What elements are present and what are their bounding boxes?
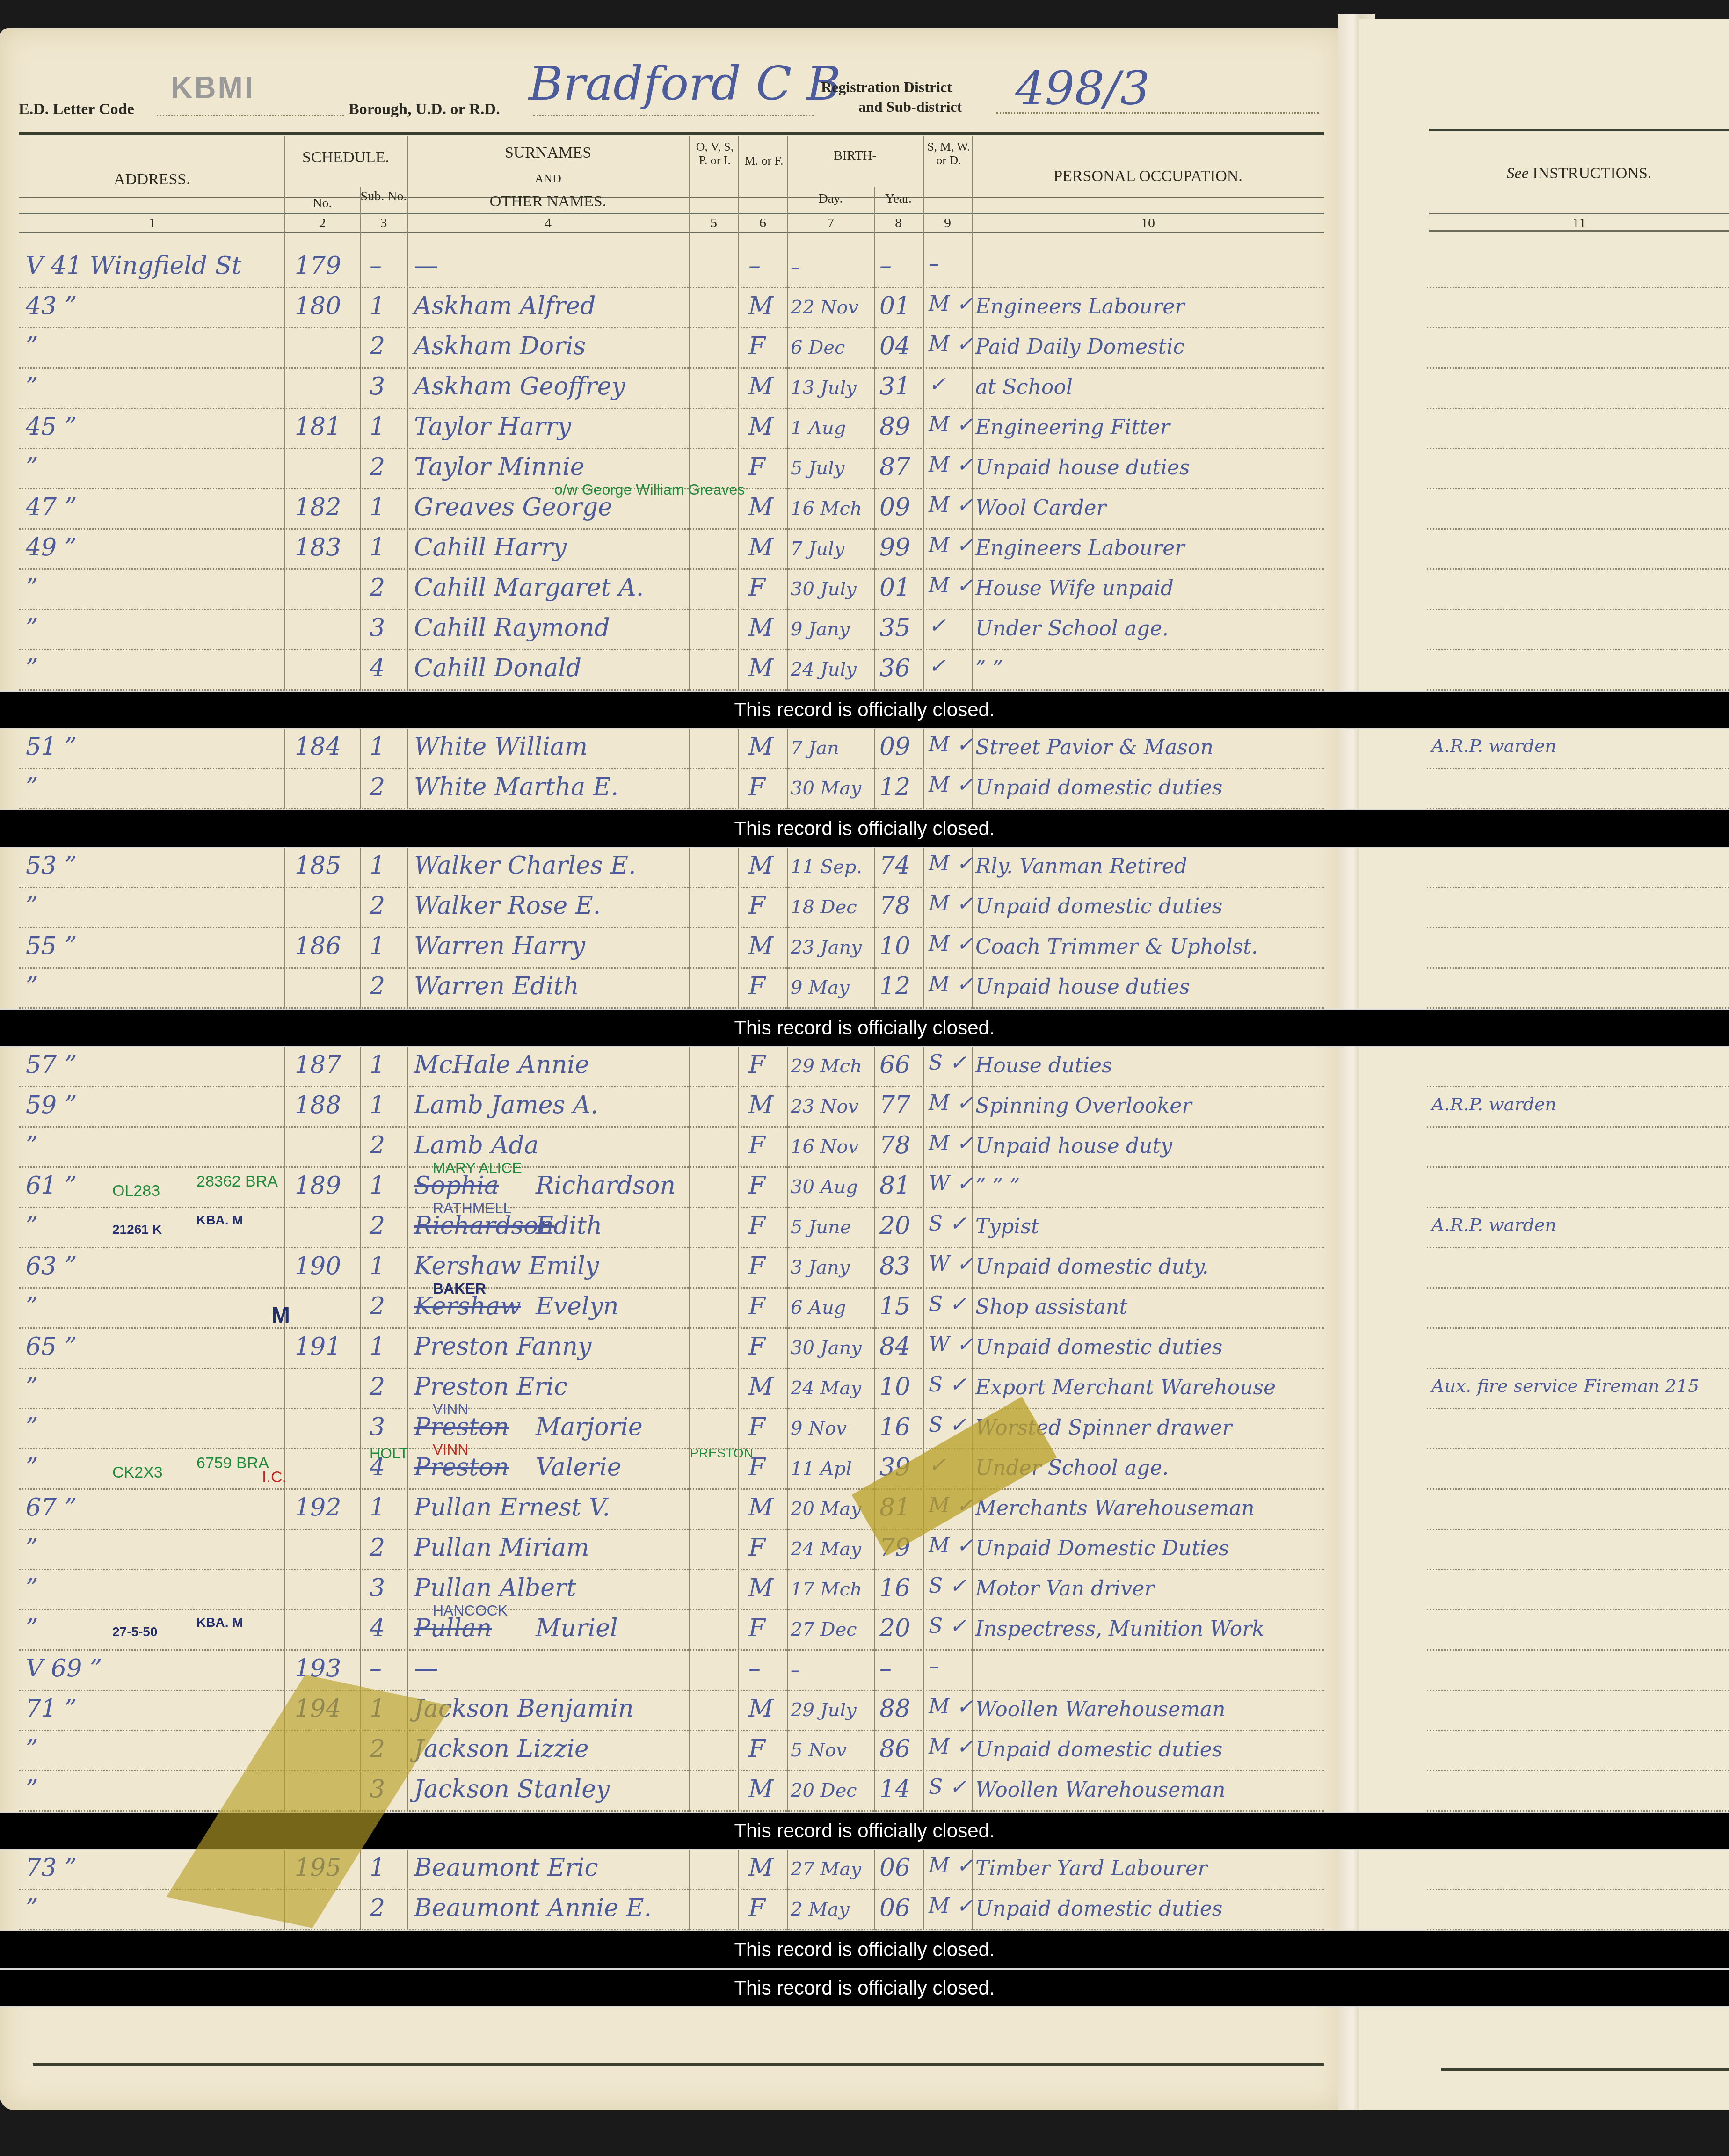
cell-cond: M ✓ [929,413,973,437]
cell-sex: M [748,1091,773,1119]
cell-address: ” [26,1894,38,1922]
table-row: ”2Jackson LizzieF5 Nov86M ✓Unpaid domest… [19,1731,1324,1771]
table-row: ”2Pullan MiriamF24 May79M ✓Unpaid Domest… [19,1530,1324,1570]
remarks-row [1427,248,1729,288]
cell-day: 7 July [791,538,844,560]
remarks-row [1427,1530,1729,1570]
cell-day: 11 Sep. [791,856,862,878]
remarks-row [1427,489,1729,530]
ed-letter-code-line [157,115,344,116]
cell-address: 47 ” [26,493,77,521]
cell-occupation: Unpaid domestic duty. [975,1255,1209,1279]
cell-sched: 187 [295,1051,341,1079]
cell-cond: W ✓ [929,1172,973,1195]
cell-occupation: Paid Daily Domestic [975,335,1184,359]
cell-day: 13 July [791,377,857,399]
cell-cond: M ✓ [929,852,973,875]
cell-occupation: ” ” [975,657,1003,681]
cell-cond: M ✓ [929,1131,973,1155]
cell-name: Preston Fanny [414,1333,591,1361]
cell-sex: F [748,1735,765,1763]
cell-sub: 3 [370,1574,385,1602]
registration-line [996,112,1319,114]
cell-sub: 2 [370,1894,385,1922]
cell-year: 83 [879,1252,910,1280]
cell-year: 77 [879,1091,910,1119]
remarks-row: A.R.P. warden [1427,1208,1729,1248]
cell-sub: 1 [370,1493,385,1522]
remarks-row [1427,1731,1729,1771]
cell-sub: 2 [370,773,385,801]
cell-year: 06 [879,1854,910,1882]
cell-day: 6 Aug [791,1297,846,1318]
remarks-row [1427,888,1729,928]
cell-cond: M ✓ [929,932,973,956]
col-number: 11 [1429,215,1729,231]
cell-sub: 2 [370,453,385,481]
cell-sub: 1 [370,533,385,561]
address-annotation: KBA. M [196,1213,243,1228]
cell-name: Pullan Miriam [414,1534,589,1562]
cell-cond: M ✓ [929,1735,973,1759]
cell-sex: M [748,292,773,320]
cell-remarks: A.R.P. warden [1431,736,1556,756]
remarks-row [1427,848,1729,888]
cell-sex: M [748,1373,773,1401]
cell-name: Walker Charles E. [414,852,636,880]
cell-remarks: A.R.P. warden [1431,1094,1556,1114]
cell-sex: M [748,1854,773,1882]
cell-year: 87 [879,453,910,481]
cell-cond: S ✓ [929,1614,966,1638]
cell-sub: 3 [370,1413,385,1441]
cell-address: 49 ” [26,533,77,561]
cell-sub: 1 [370,733,385,761]
cell-address: ” [26,972,38,1000]
cell-occupation: Engineers Labourer [975,536,1184,560]
table-row: 65 ”1911Preston FannyF30 Jany84W ✓Unpaid… [19,1329,1324,1369]
cell-sex: F [748,1292,765,1320]
cell-sex: F [748,574,765,602]
cell-name: Warren Harry [414,932,585,960]
cell-year: 20 [879,1212,910,1240]
cell-sex: F [748,1252,765,1280]
cell-sub: 2 [370,1131,385,1159]
cell-address: 55 ” [26,932,77,960]
cell-day: 24 July [791,659,857,680]
cell-cond: – [929,252,939,276]
cell-cond: ✓ [929,614,946,638]
cell-sub: 2 [370,1212,385,1240]
cell-name: Walker Rose E. [414,892,601,920]
cell-address: ” [26,1735,38,1763]
cell-sub: – [370,1654,382,1683]
cell-day: 30 Aug [791,1176,858,1198]
cell-day: 5 Nov [791,1740,847,1761]
cell-address: V 69 ” [26,1654,102,1683]
table-row: ”3PrestonMarjorieF9 Nov16S ✓Worsted Spin… [19,1409,1324,1449]
cell-sub: 2 [370,1534,385,1562]
cell-year: 78 [879,1131,910,1159]
instructions-see: See [1507,165,1529,182]
cell-occupation: Engineering Fitter [975,415,1170,439]
cell-sched: 191 [295,1333,341,1361]
cell-name: Cahill Donald [414,654,581,682]
cell-address: 71 ” [26,1695,77,1723]
col-number: 6 [738,215,787,231]
cell-name: Askham Doris [414,332,586,360]
table-row: ”2KershawEvelynF6 Aug15S ✓Shop assistant… [19,1289,1324,1329]
cell-day: 5 July [791,458,844,479]
cell-year: 01 [879,574,910,602]
cell-year: 20 [879,1614,910,1642]
cell-sex: F [748,1212,765,1240]
cell-occupation: Shop assistant [975,1295,1127,1319]
cell-address: ” [26,1212,38,1240]
redaction-text: This record is officially closed. [734,817,995,840]
cell-sched: 190 [295,1252,341,1280]
cell-cond: S ✓ [929,1212,966,1236]
cell-day: 27 May [791,1858,861,1880]
cell-name: Cahill Harry [414,533,567,561]
table-row: 67 ”1921Pullan Ernest V.M20 May81M ✓Merc… [19,1490,1324,1530]
cell-year: 78 [879,892,910,920]
ed-letter-code-stamp: KBMI [171,70,255,105]
cell-occupation: Wool Carder [975,496,1106,520]
cell-day: 11 Apl [791,1458,852,1479]
col-number: 1 [19,215,285,231]
table-row: 55 ”1861Warren HarryM23 Jany10M ✓Coach T… [19,928,1324,969]
cell-remarks: A.R.P. warden [1431,1215,1556,1235]
table-row: 71 ”1941Jackson BenjaminM29 July88M ✓Woo… [19,1691,1324,1731]
cell-occupation: House Wife unpaid [975,576,1174,600]
cell-year: 01 [879,292,910,320]
remarks-row [1427,1771,1729,1812]
remarks-row [1427,1248,1729,1289]
col-heading-day: Day. [787,192,874,206]
redaction-bar: This record is officially closed. [0,1969,1729,2007]
remarks-row [1427,610,1729,650]
address-annotation: 28362 BRA [196,1173,278,1191]
cell-address: ” [26,1775,38,1803]
cell-year: 66 [879,1051,910,1079]
col-heading-schedule: SCHEDULE. [284,149,407,166]
cell-sub: 2 [370,574,385,602]
cell-name: — [414,252,438,280]
remarks-row [1427,1570,1729,1610]
name-annotation: HANCOCK [433,1602,508,1619]
cell-year: 35 [879,614,910,642]
cell-occupation: Woollen Warehouseman [975,1697,1226,1721]
cell-sex: F [748,1894,765,1922]
col-number: 10 [972,215,1324,231]
cell-name: Beaumont Annie E. [414,1894,652,1922]
cell-address: 45 ” [26,413,77,441]
cell-day: 1 Aug [791,417,846,439]
cell-cond: M ✓ [929,1534,973,1558]
cell-occupation: Street Pavior & Mason [975,736,1213,759]
remarks-row [1427,1651,1729,1691]
table-row: 61 ”1891SophiaRichardsonF30 Aug81W ✓” ” … [19,1168,1324,1208]
cell-day: 30 Jany [791,1337,862,1359]
header-rule-right-a [1429,213,1729,214]
cell-year: 16 [879,1574,910,1602]
table-row: ”4PrestonValerieF11 Apl39✓Under School a… [19,1449,1324,1490]
cell-sex: M [748,654,773,682]
table-row: V 69 ”193–—–––– [19,1651,1324,1691]
cell-sex: F [748,1534,765,1562]
cell-name: Lamb Ada [414,1131,539,1159]
cell-year: – [879,252,892,280]
col-heading-mf: M. or F. [741,154,787,168]
name-annotation: o/w George William Greaves [554,481,745,498]
cell-year: 36 [879,654,910,682]
table-row: 63 ”1901Kershaw EmilyF3 Jany83W ✓Unpaid … [19,1248,1324,1289]
cell-occupation: Inspectress, Munition Work [975,1617,1264,1641]
cell-cond: ✓ [929,654,946,678]
cell-sex: M [748,614,773,642]
cell-name: Pullan Albert [414,1574,576,1602]
cell-address: 73 ” [26,1854,77,1882]
cell-name: Jackson Stanley [414,1775,610,1803]
remarks-row [1427,1047,1729,1087]
cell-day: 30 July [791,578,857,600]
cell-sub: 1 [370,1854,385,1882]
cell-sex: F [748,1051,765,1079]
address-annotation: 27-5-50 [112,1624,158,1639]
cell-name: Richardson [536,1172,676,1200]
header-rule-top-right [1429,129,1729,131]
cell-cond: S ✓ [929,1292,966,1316]
cell-address: 65 ” [26,1333,77,1361]
remarks-row: Aux. fire service Fireman 215 [1427,1369,1729,1409]
redaction-bar: This record is officially closed. [0,809,1729,848]
cell-sex: F [748,1172,765,1200]
cell-name: Muriel [536,1614,618,1642]
cell-sex: M [748,932,773,960]
cell-sex: M [748,852,773,880]
col-heading-address: ADDRESS. [19,171,285,188]
address-annotation: OL283 [112,1182,160,1200]
cell-address: ” [26,1413,38,1441]
cell-occupation: Timber Yard Labourer [975,1857,1207,1880]
cell-sched: 185 [295,852,341,880]
header-rule-sub [19,213,1324,214]
redaction-text: This record is officially closed. [734,1017,995,1039]
cell-name: Jackson Lizzie [414,1735,589,1763]
cell-cond: W ✓ [929,1333,973,1356]
cell-sex: F [748,332,765,360]
cell-address: 59 ” [26,1091,77,1119]
col-heading-no: No. [284,197,360,211]
remarks-row [1427,1329,1729,1369]
cell-sex: F [748,453,765,481]
cell-cond: W ✓ [929,1252,973,1276]
footer-rule [33,2063,1324,2066]
cell-day: 29 July [791,1699,857,1721]
table-row: V 41 Wingfield St179–—–––– [19,248,1324,288]
cell-cond: S ✓ [929,1373,966,1397]
cell-year: 74 [879,852,910,880]
cell-name: Lamb James A. [414,1091,598,1119]
cell-address: ” [26,332,38,360]
col-heading-and: AND [407,172,689,186]
col-number: 7 [787,215,874,231]
cell-address: 51 ” [26,733,77,761]
cell-year: 09 [879,493,910,521]
cell-occupation: Spinning Overlooker [975,1094,1191,1118]
redaction-text: This record is officially closed. [734,1977,995,1999]
cell-day: 20 Dec [791,1780,857,1801]
cell-day: 6 Dec [791,337,845,358]
cell-sex: M [748,372,773,401]
address-annotation: M [271,1303,290,1328]
cell-sex: F [748,1413,765,1441]
cell-sex: M [748,733,773,761]
cell-year: 16 [879,1413,910,1441]
redaction-text: This record is officially closed. [734,1938,995,1961]
cell-sub: 1 [370,493,385,521]
table-row: 53 ”1851Walker Charles E.M11 Sep.74M ✓Rl… [19,848,1324,888]
cell-sub: 1 [370,1252,385,1280]
cell-sex: M [748,493,773,521]
cell-address: 53 ” [26,852,77,880]
cell-cond: – [929,1654,939,1678]
cell-year: 99 [879,533,910,561]
cell-sex: – [748,1654,761,1683]
table-row: 47 ”1821Greaves GeorgeM16 Mch09M ✓Wool C… [19,489,1324,530]
cell-remarks: Aux. fire service Fireman 215 [1431,1376,1699,1396]
cell-address: ” [26,1453,38,1481]
cell-cond: M ✓ [929,733,973,757]
cell-sched: 186 [295,932,341,960]
cell-occupation: Engineers Labourer [975,295,1184,319]
remarks-row [1427,1168,1729,1208]
cell-cond: M ✓ [929,1854,973,1878]
cell-cond: M ✓ [929,1695,973,1719]
col-number: 9 [923,215,972,231]
cell-sex: F [748,1131,765,1159]
cell-day: 9 Jany [791,619,850,640]
remarks-row [1427,328,1729,369]
cell-year: 12 [879,773,910,801]
cell-sex: M [748,1574,773,1602]
header-rule-top [19,132,1324,135]
address-annotation: 21261 K [112,1222,162,1237]
col-heading-instructions: See INSTRUCTIONS. [1429,165,1729,182]
cell-name: Cahill Raymond [414,614,610,642]
cell-cond: M ✓ [929,1091,973,1115]
table-row: ”4Cahill DonaldM24 July36✓” ” [19,650,1324,691]
remarks-row [1427,288,1729,328]
cell-name: Taylor Harry [414,413,571,441]
cell-day: 24 May [791,1377,861,1399]
remarks-row: A.R.P. warden [1427,729,1729,769]
cell-sex: M [748,413,773,441]
registration-label-2: and Sub-district [858,98,962,116]
cell-name: McHale Annie [414,1051,589,1079]
borough-label: Borough, U.D. or R.D. [349,101,500,118]
table-row: ”3Jackson StanleyM20 Dec14S ✓Woollen War… [19,1771,1324,1812]
table-row: ”3Cahill RaymondM9 Jany35✓Under School a… [19,610,1324,650]
redaction-bar: This record is officially closed. [0,1930,1729,1969]
cell-sched: 180 [295,292,341,320]
cell-occupation: Woollen Warehouseman [975,1778,1226,1802]
cell-cond: M ✓ [929,453,973,477]
table-row: ”2Cahill Margaret A.F30 July01M ✓House W… [19,570,1324,610]
col-number: 5 [689,215,738,231]
footer-rule-right [1441,2068,1729,2071]
cell-year: 86 [879,1735,910,1763]
col-number: 4 [407,215,689,231]
cell-name: Edith [536,1212,602,1240]
cell-occupation: Unpaid Domestic Duties [975,1537,1229,1560]
instructions-label: INSTRUCTIONS. [1533,165,1651,182]
remarks-row [1427,369,1729,409]
cell-name: Marjorie [536,1413,643,1441]
cell-sub: 2 [370,1373,385,1401]
cell-sex: F [748,1333,765,1361]
cell-year: 15 [879,1292,910,1320]
cell-sub: 3 [370,372,385,401]
cell-name: Askham Geoffrey [414,372,625,401]
cell-sub: 2 [370,332,385,360]
remarks-row: A.R.P. warden [1427,1087,1729,1128]
cell-name: Warren Edith [414,972,579,1000]
table-row: 51 ”1841White WilliamM7 Jan09M ✓Street P… [19,729,1324,769]
cell-cond: M ✓ [929,773,973,797]
remarks-row [1427,449,1729,489]
remarks-row [1427,530,1729,570]
cell-day: 2 May [791,1899,850,1920]
cell-year: 88 [879,1695,910,1723]
registration-label-1: Registration District [821,79,952,96]
col-heading-occupation: PERSONAL OCCUPATION. [972,168,1324,185]
col-number: 8 [874,215,923,231]
table-row: ”2Warren EdithF9 May12M ✓Unpaid house du… [19,969,1324,1009]
cell-sub: 1 [370,852,385,880]
cell-address: ” [26,773,38,801]
cell-sub: 2 [370,1292,385,1320]
cell-year: – [879,1654,892,1683]
cell-sub: 4 [370,654,385,682]
cell-sex: – [748,252,761,280]
col-number: 2 [284,215,360,231]
remarks-row [1427,969,1729,1009]
table-row: ”3Pullan AlbertM17 Mch16S ✓Motor Van dri… [19,1570,1324,1610]
cell-occupation: Unpaid domestic duties [975,1335,1222,1359]
cell-occupation: Unpaid domestic duties [975,1738,1222,1762]
cell-sched: 179 [295,252,341,280]
cell-sched: 192 [295,1493,341,1522]
cell-name: White Martha E. [414,773,618,801]
remarks-row [1427,1128,1729,1168]
cell-cond: M ✓ [929,1894,973,1918]
redaction-bar: This record is officially closed. [0,691,1729,729]
table-row: 49 ”1831Cahill HarryM7 July99M ✓Engineer… [19,530,1324,570]
cell-cond: M ✓ [929,972,973,996]
cell-sex: M [748,533,773,561]
cell-year: 04 [879,332,910,360]
cell-year: 12 [879,972,910,1000]
name-annotation: VINN [433,1401,468,1418]
cell-day: 23 Nov [791,1096,858,1117]
col-heading-birth: BIRTH- [787,149,923,163]
cell-occupation: ” ” ” [975,1174,1020,1198]
borough-line [533,115,814,116]
remarks-row [1427,1691,1729,1731]
cell-year: 06 [879,1894,910,1922]
